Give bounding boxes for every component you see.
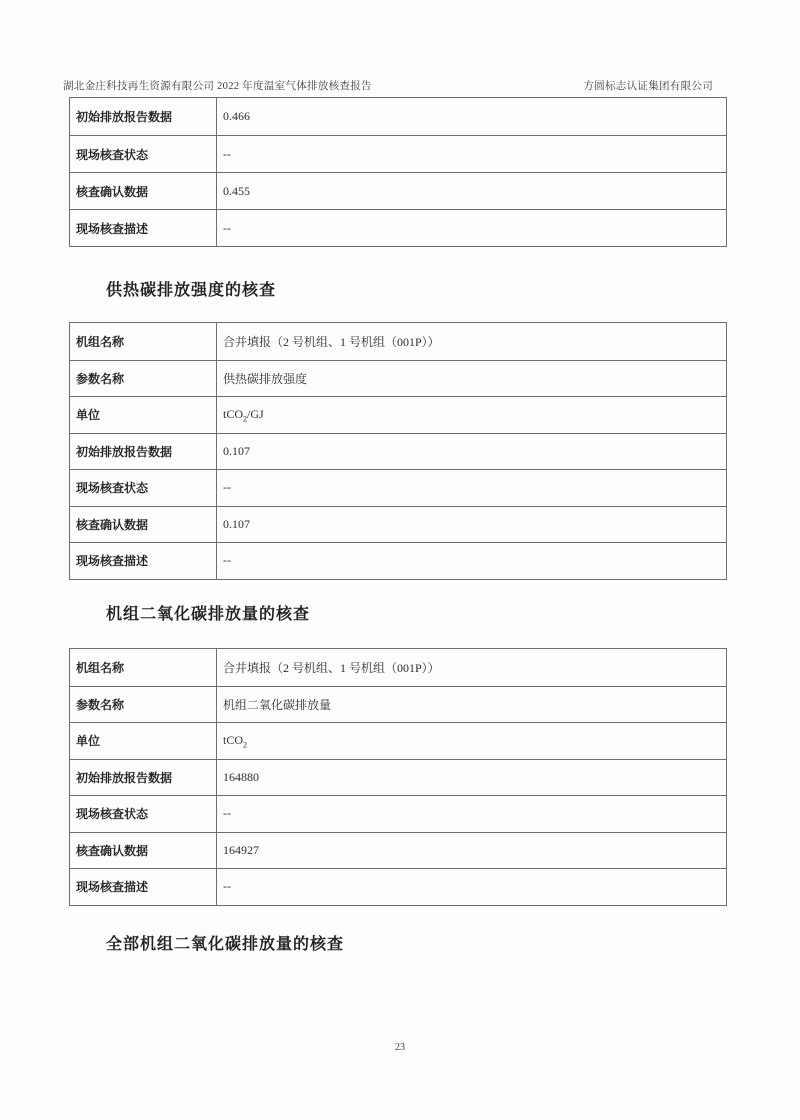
table-row: 核查确认数据 164927	[70, 832, 726, 869]
row-label: 现场核查描述	[70, 543, 217, 579]
table-row: 机组名称 合并填报（2 号机组、1 号机组（001P））	[70, 649, 726, 686]
table-row: 现场核查描述 --	[70, 209, 726, 246]
table-row: 初始排放报告数据 0.107	[70, 433, 726, 470]
row-value: --	[217, 136, 726, 172]
row-label: 现场核查描述	[70, 869, 217, 905]
row-label: 初始排放报告数据	[70, 98, 217, 135]
row-value: 机组二氧化碳排放量	[217, 687, 726, 723]
section-heading-heat-carbon-intensity: 供热碳排放强度的核查	[106, 277, 276, 300]
row-label: 机组名称	[70, 649, 217, 686]
table-row: 现场核查描述 --	[70, 542, 726, 579]
row-value: 合并填报（2 号机组、1 号机组（001P））	[217, 649, 726, 686]
row-value: 0.455	[217, 173, 726, 209]
row-value: --	[217, 796, 726, 832]
section-heading-unit-co2-emissions: 机组二氧化碳排放量的核查	[106, 601, 310, 624]
row-value: --	[217, 543, 726, 579]
unit-subscript: 2	[243, 741, 247, 750]
table-row: 单位 tCO2/GJ	[70, 396, 726, 433]
row-label: 现场核查状态	[70, 796, 217, 832]
table-row: 现场核查描述 --	[70, 868, 726, 905]
unit-value: tCO2	[223, 733, 247, 748]
row-value: tCO2/GJ	[217, 397, 726, 433]
header-report-title: 湖北金庄科技再生资源有限公司 2022 年度温室气体排放核查报告	[63, 78, 372, 93]
table-row: 核查确认数据 0.455	[70, 172, 726, 209]
row-label: 单位	[70, 397, 217, 433]
row-value: 164880	[217, 760, 726, 796]
verification-table-unit-co2-emissions: 机组名称 合并填报（2 号机组、1 号机组（001P）） 参数名称 机组二氧化碳…	[69, 648, 727, 906]
row-label: 现场核查描述	[70, 210, 217, 246]
table-row: 现场核查状态 --	[70, 469, 726, 506]
row-label: 初始排放报告数据	[70, 434, 217, 470]
row-label: 核查确认数据	[70, 833, 217, 869]
unit-value: tCO2/GJ	[223, 407, 264, 422]
table-row: 单位 tCO2	[70, 722, 726, 759]
row-value: --	[217, 869, 726, 905]
page-header: 湖北金庄科技再生资源有限公司 2022 年度温室气体排放核查报告 方圆标志认证集…	[63, 78, 713, 93]
table-row: 初始排放报告数据 164880	[70, 759, 726, 796]
header-certifier-name: 方圆标志认证集团有限公司	[583, 78, 713, 93]
row-value: 供热碳排放强度	[217, 361, 726, 397]
row-value: 0.107	[217, 507, 726, 543]
row-label: 现场核查状态	[70, 470, 217, 506]
page-number: 23	[0, 1042, 800, 1053]
row-value: --	[217, 470, 726, 506]
verification-table-continued: 初始排放报告数据 0.466 现场核查状态 -- 核查确认数据 0.455 现场…	[69, 97, 727, 247]
table-row: 核查确认数据 0.107	[70, 506, 726, 543]
verification-table-heat-carbon-intensity: 机组名称 合并填报（2 号机组、1 号机组（001P）） 参数名称 供热碳排放强…	[69, 322, 727, 580]
row-label: 核查确认数据	[70, 507, 217, 543]
section-heading-all-units-co2-emissions: 全部机组二氧化碳排放量的核查	[106, 931, 344, 954]
row-value: 0.466	[217, 98, 726, 135]
row-label: 参数名称	[70, 687, 217, 723]
table-row: 机组名称 合并填报（2 号机组、1 号机组（001P））	[70, 323, 726, 360]
table-row: 现场核查状态 --	[70, 795, 726, 832]
table-row: 现场核查状态 --	[70, 135, 726, 172]
row-label: 参数名称	[70, 361, 217, 397]
row-label: 现场核查状态	[70, 136, 217, 172]
row-value: 合并填报（2 号机组、1 号机组（001P））	[217, 323, 726, 360]
table-row: 初始排放报告数据 0.466	[70, 98, 726, 135]
row-value: --	[217, 210, 726, 246]
row-value: 0.107	[217, 434, 726, 470]
table-row: 参数名称 供热碳排放强度	[70, 360, 726, 397]
row-label: 核查确认数据	[70, 173, 217, 209]
table-row: 参数名称 机组二氧化碳排放量	[70, 686, 726, 723]
row-value: tCO2	[217, 723, 726, 759]
row-label: 初始排放报告数据	[70, 760, 217, 796]
row-value: 164927	[217, 833, 726, 869]
document-page: 湖北金庄科技再生资源有限公司 2022 年度温室气体排放核查报告 方圆标志认证集…	[0, 0, 800, 1120]
row-label: 单位	[70, 723, 217, 759]
row-label: 机组名称	[70, 323, 217, 360]
